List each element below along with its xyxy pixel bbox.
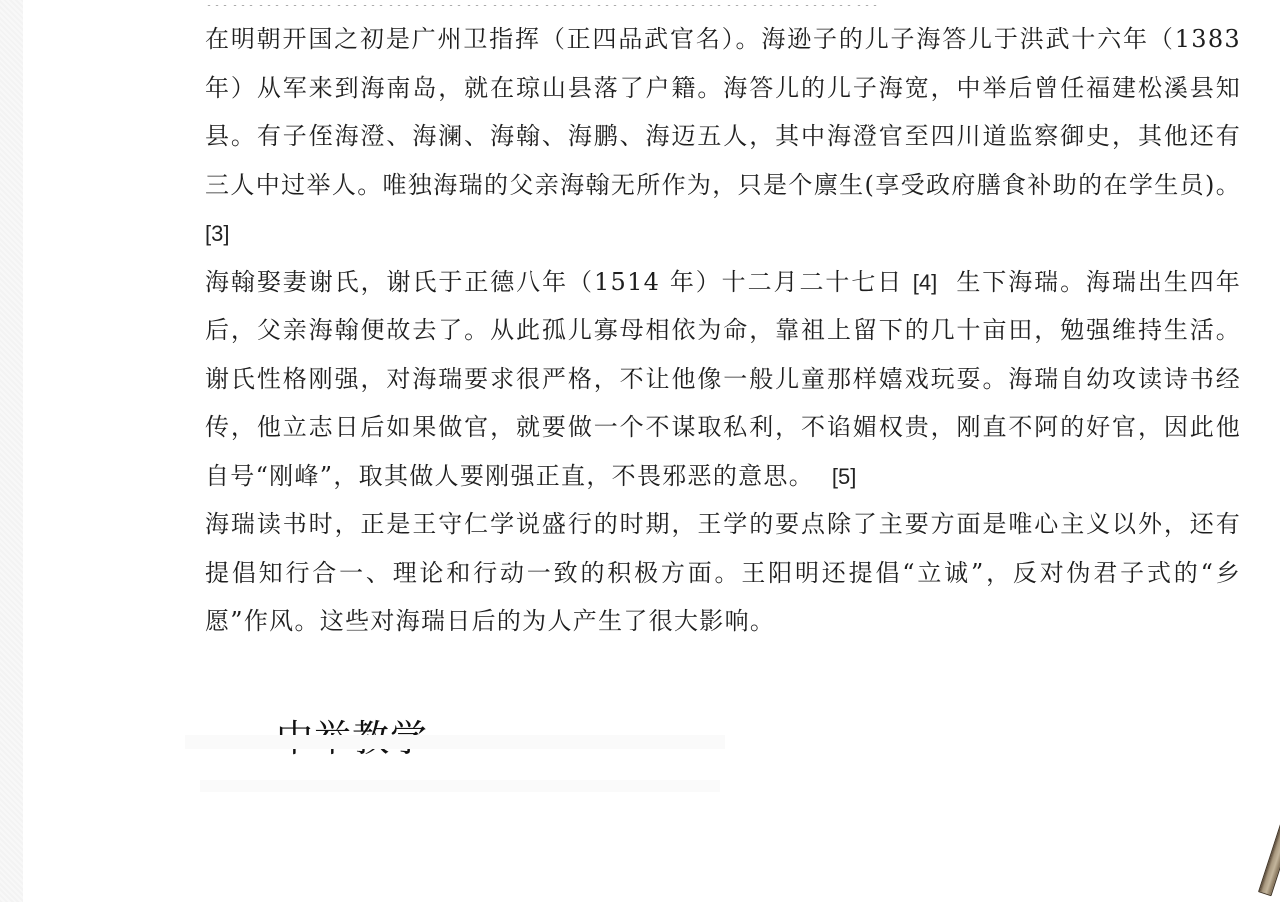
reference-link-3[interactable]: [3] <box>205 221 229 246</box>
reference-link-4[interactable]: [4] <box>913 270 937 295</box>
text-line: 年）从军来到海南岛，就在琼山县落了户籍。海答儿的儿子海宽，中举后曾任福建松溪县知 <box>205 64 1241 113</box>
text-line: 后，父亲海翰便故去了。从此孤儿寡母相依为命，靠祖上留下的几十亩田，勉强维持生活。 <box>205 306 1241 355</box>
page-left-margin <box>0 0 23 902</box>
text-segment: 海翰娶妻谢氏，谢氏于正德八年（1514 年）十二月二十七日 <box>205 268 903 296</box>
ghost-bleedthrough <box>200 780 720 792</box>
text-line: 提倡知行合一、理论和行动一致的积极方面。王阳明还提倡“立诚”，反对伪君子式的“乡 <box>205 549 1241 598</box>
cut-off-text-line: …………………………………………………………………… <box>205 0 1240 6</box>
text-line: 愿”作风。这些对海瑞日后的为人产生了很大影响。 <box>205 597 1241 646</box>
text-line: 海瑞读书时，正是王守仁学说盛行的时期，王学的要点除了主要方面是唯心主义以外，还有 <box>205 500 1241 549</box>
pencil-object <box>1258 822 1280 897</box>
paragraph-education: 海瑞读书时，正是王守仁学说盛行的时期，王学的要点除了主要方面是唯心主义以外，还有… <box>205 500 1241 646</box>
text-segment: 生下海瑞。海瑞出生四年 <box>956 268 1241 296</box>
text-line: 海翰娶妻谢氏，谢氏于正德八年（1514 年）十二月二十七日 [4] 生下海瑞。海… <box>205 258 1241 307</box>
paragraph-childhood: 海翰娶妻谢氏，谢氏于正德八年（1514 年）十二月二十七日 [4] 生下海瑞。海… <box>205 258 1241 501</box>
text-segment: 自号“刚峰”，取其做人要刚强正直，不畏邪恶的意思。 <box>205 462 814 490</box>
text-line: 三人中过举人。唯独海瑞的父亲海翰无所作为，只是个廪生(享受政府膳食补助的在学生员… <box>205 161 1241 210</box>
text-line: 在明朝开国之初是广州卫指挥（正四品武官名）。海逊子的儿子海答儿于洪武十六年（13… <box>205 15 1241 64</box>
text-line: [3] <box>205 209 1241 258</box>
document-body: 在明朝开国之初是广州卫指挥（正四品武官名）。海逊子的儿子海答儿于洪武十六年（13… <box>205 15 1241 646</box>
text-line: 谢氏性格刚强，对海瑞要求很严格，不让他像一般儿童那样嬉戏玩耍。海瑞自幼攻读诗书经 <box>205 355 1241 404</box>
text-line: 县。有子侄海澄、海澜、海翰、海鹏、海迈五人，其中海澄官至四川道监察御史，其他还有 <box>205 112 1241 161</box>
ghost-bleedthrough <box>185 735 725 749</box>
text-line: 传，他立志日后如果做官，就要做一个不谋取私利，不谄媚权贵，刚直不阿的好官，因此他 <box>205 403 1241 452</box>
document-page: …………………………………………………………………… 在明朝开国之初是广州卫指挥… <box>0 0 1280 902</box>
reference-link-5[interactable]: [5] <box>832 464 856 489</box>
paragraph-ancestry: 在明朝开国之初是广州卫指挥（正四品武官名）。海逊子的儿子海答儿于洪武十六年（13… <box>205 15 1241 258</box>
text-line: 自号“刚峰”，取其做人要刚强正直，不畏邪恶的意思。 [5] <box>205 452 1241 501</box>
